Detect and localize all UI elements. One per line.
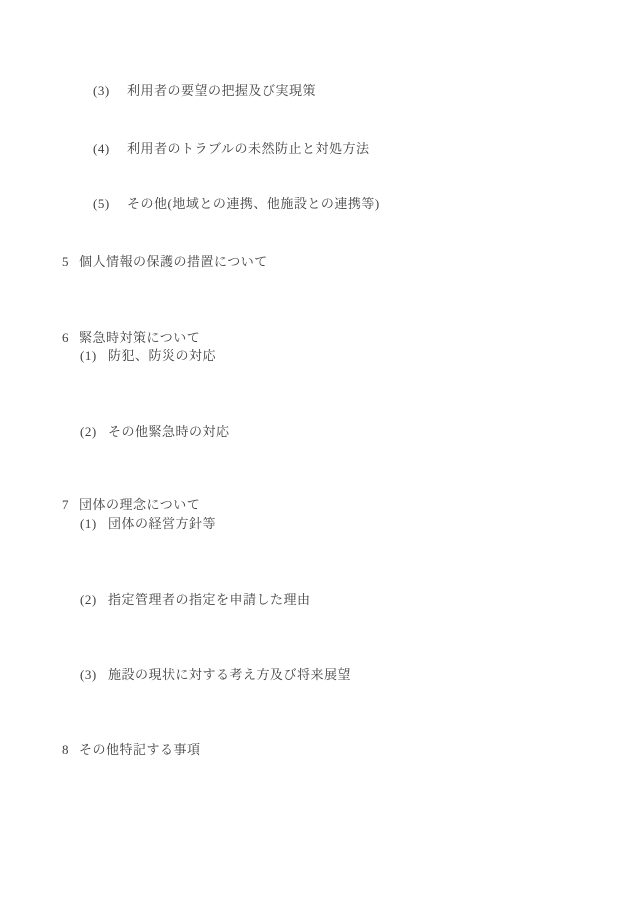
item-text: 施設の現状に対する考え方及び将来展望 <box>108 667 351 682</box>
item-text: その他(地域との連携、他施設との連携等) <box>127 196 380 211</box>
section-title: 緊急時対策について <box>79 330 200 345</box>
outline-item-7-2: (2)指定管理者の指定を申請した理由 <box>80 592 311 607</box>
section-title: その他特記する事項 <box>79 742 201 757</box>
item-text: 団体の経営方針等 <box>108 516 216 531</box>
outline-item-6-1: (1)防犯、防災の対応 <box>80 348 216 363</box>
item-number: (5) <box>93 196 127 211</box>
outline-item-4-5: (5)その他(地域との連携、他施設との連携等) <box>93 196 380 211</box>
item-number: (3) <box>80 667 108 682</box>
section-number: 7 <box>62 497 79 512</box>
item-text: その他緊急時の対応 <box>108 424 230 439</box>
outline-section-7: 7団体の理念について <box>62 497 200 512</box>
item-text: 防犯、防災の対応 <box>108 348 216 363</box>
section-number: 6 <box>62 330 79 345</box>
item-number: (2) <box>80 592 108 607</box>
section-number: 5 <box>62 254 79 269</box>
outline-item-7-3: (3)施設の現状に対する考え方及び将来展望 <box>80 667 351 682</box>
document-page: (3)利用者の要望の把握及び実現策 (4)利用者のトラブルの未然防止と対処方法 … <box>0 0 630 915</box>
item-text: 指定管理者の指定を申請した理由 <box>108 592 311 607</box>
item-number: (4) <box>93 141 127 156</box>
section-title: 個人情報の保護の措置について <box>79 254 268 269</box>
outline-item-4-3: (3)利用者の要望の把握及び実現策 <box>93 83 316 98</box>
section-title: 団体の理念について <box>79 497 200 512</box>
outline-section-5: 5個人情報の保護の措置について <box>62 254 268 269</box>
outline-item-7-1: (1)団体の経営方針等 <box>80 516 216 531</box>
item-text: 利用者のトラブルの未然防止と対処方法 <box>127 141 369 156</box>
outline-section-8: 8その他特記する事項 <box>62 742 201 757</box>
item-number: (3) <box>93 83 127 98</box>
outline-item-4-4: (4)利用者のトラブルの未然防止と対処方法 <box>93 141 369 156</box>
outline-section-6: 6緊急時対策について <box>62 330 200 345</box>
outline-item-6-2: (2)その他緊急時の対応 <box>80 424 230 439</box>
item-number: (1) <box>80 348 108 363</box>
item-number: (1) <box>80 516 108 531</box>
item-number: (2) <box>80 424 108 439</box>
section-number: 8 <box>62 742 79 757</box>
item-text: 利用者の要望の把握及び実現策 <box>127 83 316 98</box>
